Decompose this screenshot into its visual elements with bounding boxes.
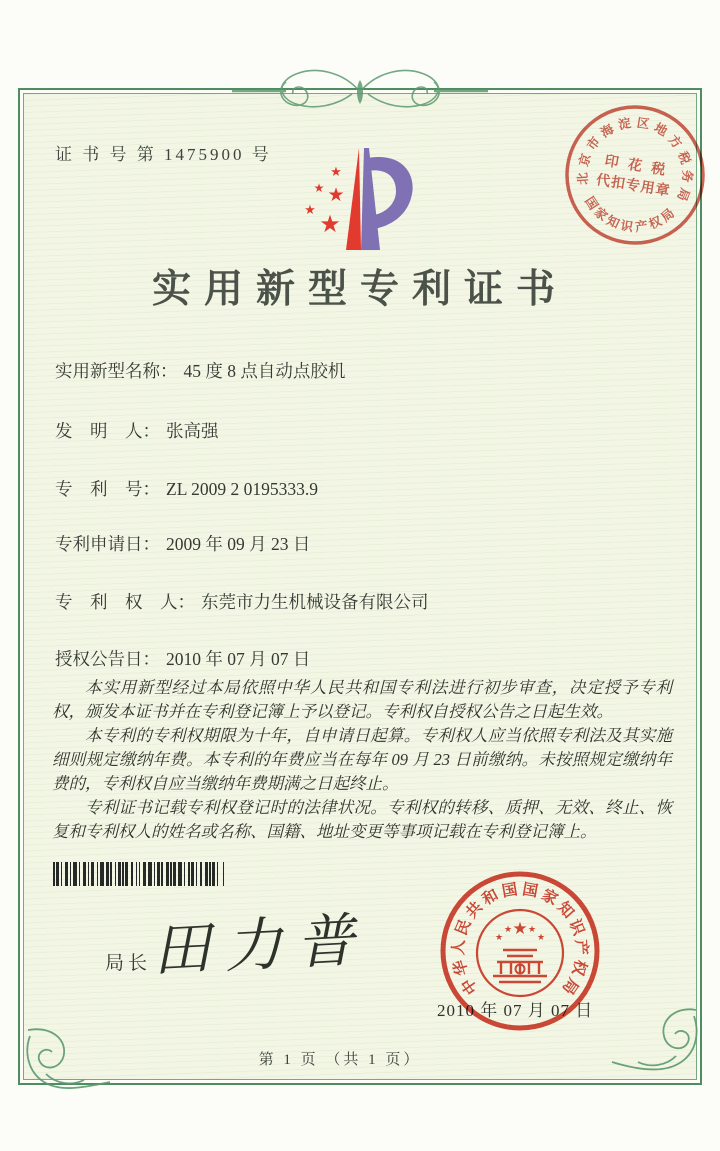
field-inventor: 发 明 人：张高强 (55, 418, 219, 443)
field-patentee: 专 利 权 人：东莞市力生机械设备有限公司 (55, 589, 429, 614)
svg-text:★: ★ (330, 164, 342, 179)
svg-text:识: 识 (620, 217, 635, 234)
field-application-date: 专利申请日：2009 年 09 月 23 日 (55, 531, 310, 556)
svg-text:海: 海 (598, 121, 617, 141)
svg-text:税: 税 (675, 148, 694, 166)
field-value: 45 度 8 点自动点胶机 (184, 361, 346, 381)
director-title-label: 局长 (105, 948, 151, 975)
field-value: ZL 2009 2 0195333.9 (166, 479, 318, 499)
national-emblem: ★ ★ ★ ★ ★ (493, 919, 547, 982)
logo-stars: ★ ★ ★ ★ ★ (304, 164, 344, 238)
svg-text:民: 民 (452, 916, 475, 938)
director-signature: 田力普 (150, 892, 370, 987)
svg-text:务: 务 (680, 170, 695, 183)
svg-text:识: 识 (565, 917, 588, 939)
field-separator: ： (143, 479, 161, 499)
certificate-barcode (53, 862, 293, 886)
field-separator: ： (160, 361, 178, 381)
seal-ring-text: 中华人民共和国国家知识产权局 (449, 879, 592, 998)
field-label: 授权公告日 (55, 649, 143, 669)
field-label: 专 利 号 (55, 479, 143, 499)
svg-text:地: 地 (652, 120, 671, 139)
svg-text:和: 和 (479, 885, 502, 909)
patent-certificate-page: 证 书 号 第 1475900 号 ★ ★ ★ ★ ★ 实用新型专利证书 实用新… (0, 0, 720, 1151)
svg-text:★: ★ (537, 932, 545, 942)
field-separator: ： (178, 592, 196, 612)
svg-text:局: 局 (674, 186, 692, 203)
body-paragraph-term: 本专利的专利权期限为十年，自申请日起算。专利权人应当依照专利法及其实施细则规定缴… (52, 724, 672, 796)
top-flourish-ornament (232, 58, 488, 124)
field-value: 2010 年 07 月 07 日 (166, 649, 310, 669)
body-paragraph-register: 专利证书记载专利权登记时的法律状况。专利权的转移、质押、无效、终止、恢复和专利权… (52, 796, 672, 844)
certificate-body-text: 本实用新型经过本局依照中华人民共和国专利法进行初步审查，决定授予专利权，颁发本证… (52, 676, 672, 844)
field-value: 东莞市力生机械设备有限公司 (201, 592, 429, 612)
logo-red-spike (346, 148, 361, 250)
field-label: 专 利 权 人 (55, 592, 178, 612)
field-value: 2009 年 09 月 23 日 (166, 534, 310, 554)
logo-purple-p (361, 148, 413, 250)
certificate-number: 证 书 号 第 1475900 号 (55, 140, 272, 165)
svg-text:国: 国 (521, 879, 540, 900)
certificate-title: 实用新型专利证书 (0, 258, 720, 314)
svg-text:★: ★ (528, 924, 536, 934)
svg-text:★: ★ (495, 932, 503, 942)
page-number-footer: 第 1 页 （共 1 页） (0, 1048, 680, 1069)
field-patent-number: 专 利 号：ZL 2009 2 0195333.9 (55, 476, 318, 501)
svg-text:京: 京 (576, 151, 594, 168)
field-label: 专利申请日 (55, 534, 143, 554)
field-separator: ： (143, 534, 161, 554)
svg-text:华: 华 (449, 957, 472, 978)
field-grant-publication-date: 授权公告日：2010 年 07 月 07 日 (55, 646, 310, 671)
svg-text:局: 局 (559, 975, 583, 998)
field-label: 发 明 人 (55, 421, 143, 441)
tax-stamp-bottom-arc-text: 国家知识产权局 (578, 192, 679, 241)
svg-text:区: 区 (636, 115, 651, 132)
svg-text:★: ★ (327, 185, 344, 206)
svg-text:方: 方 (666, 132, 686, 152)
svg-text:北: 北 (576, 171, 591, 185)
svg-text:市: 市 (583, 133, 603, 152)
svg-text:国: 国 (500, 879, 519, 900)
svg-text:★: ★ (504, 924, 512, 934)
svg-text:知: 知 (554, 897, 579, 922)
official-red-seal: 中华人民共和国国家知识产权局 ★ ★ ★ ★ ★ (435, 866, 605, 1036)
svg-text:★: ★ (319, 212, 341, 238)
cnipa-logo: ★ ★ ★ ★ ★ (290, 146, 435, 256)
svg-text:淀: 淀 (617, 115, 633, 132)
field-separator: ： (143, 421, 161, 441)
svg-text:权: 权 (568, 958, 590, 978)
field-value: 张高强 (166, 421, 219, 441)
svg-text:★: ★ (304, 202, 316, 217)
svg-text:★: ★ (314, 181, 325, 195)
tax-withholding-stamp: 北京市海淀区地方税务局 国家知识产权局 印 花 税 代扣专用章 (549, 89, 720, 261)
body-paragraph-grant: 本实用新型经过本局依照中华人民共和国专利法进行初步审查，决定授予专利权，颁发本证… (52, 676, 672, 724)
field-label: 实用新型名称 (55, 361, 160, 381)
svg-text:★: ★ (512, 919, 527, 938)
field-separator: ： (143, 649, 161, 669)
svg-text:产: 产 (572, 939, 592, 956)
field-utility-model-name: 实用新型名称：45 度 8 点自动点胶机 (55, 358, 345, 383)
svg-text:人: 人 (449, 939, 468, 956)
svg-text:中: 中 (458, 975, 482, 998)
